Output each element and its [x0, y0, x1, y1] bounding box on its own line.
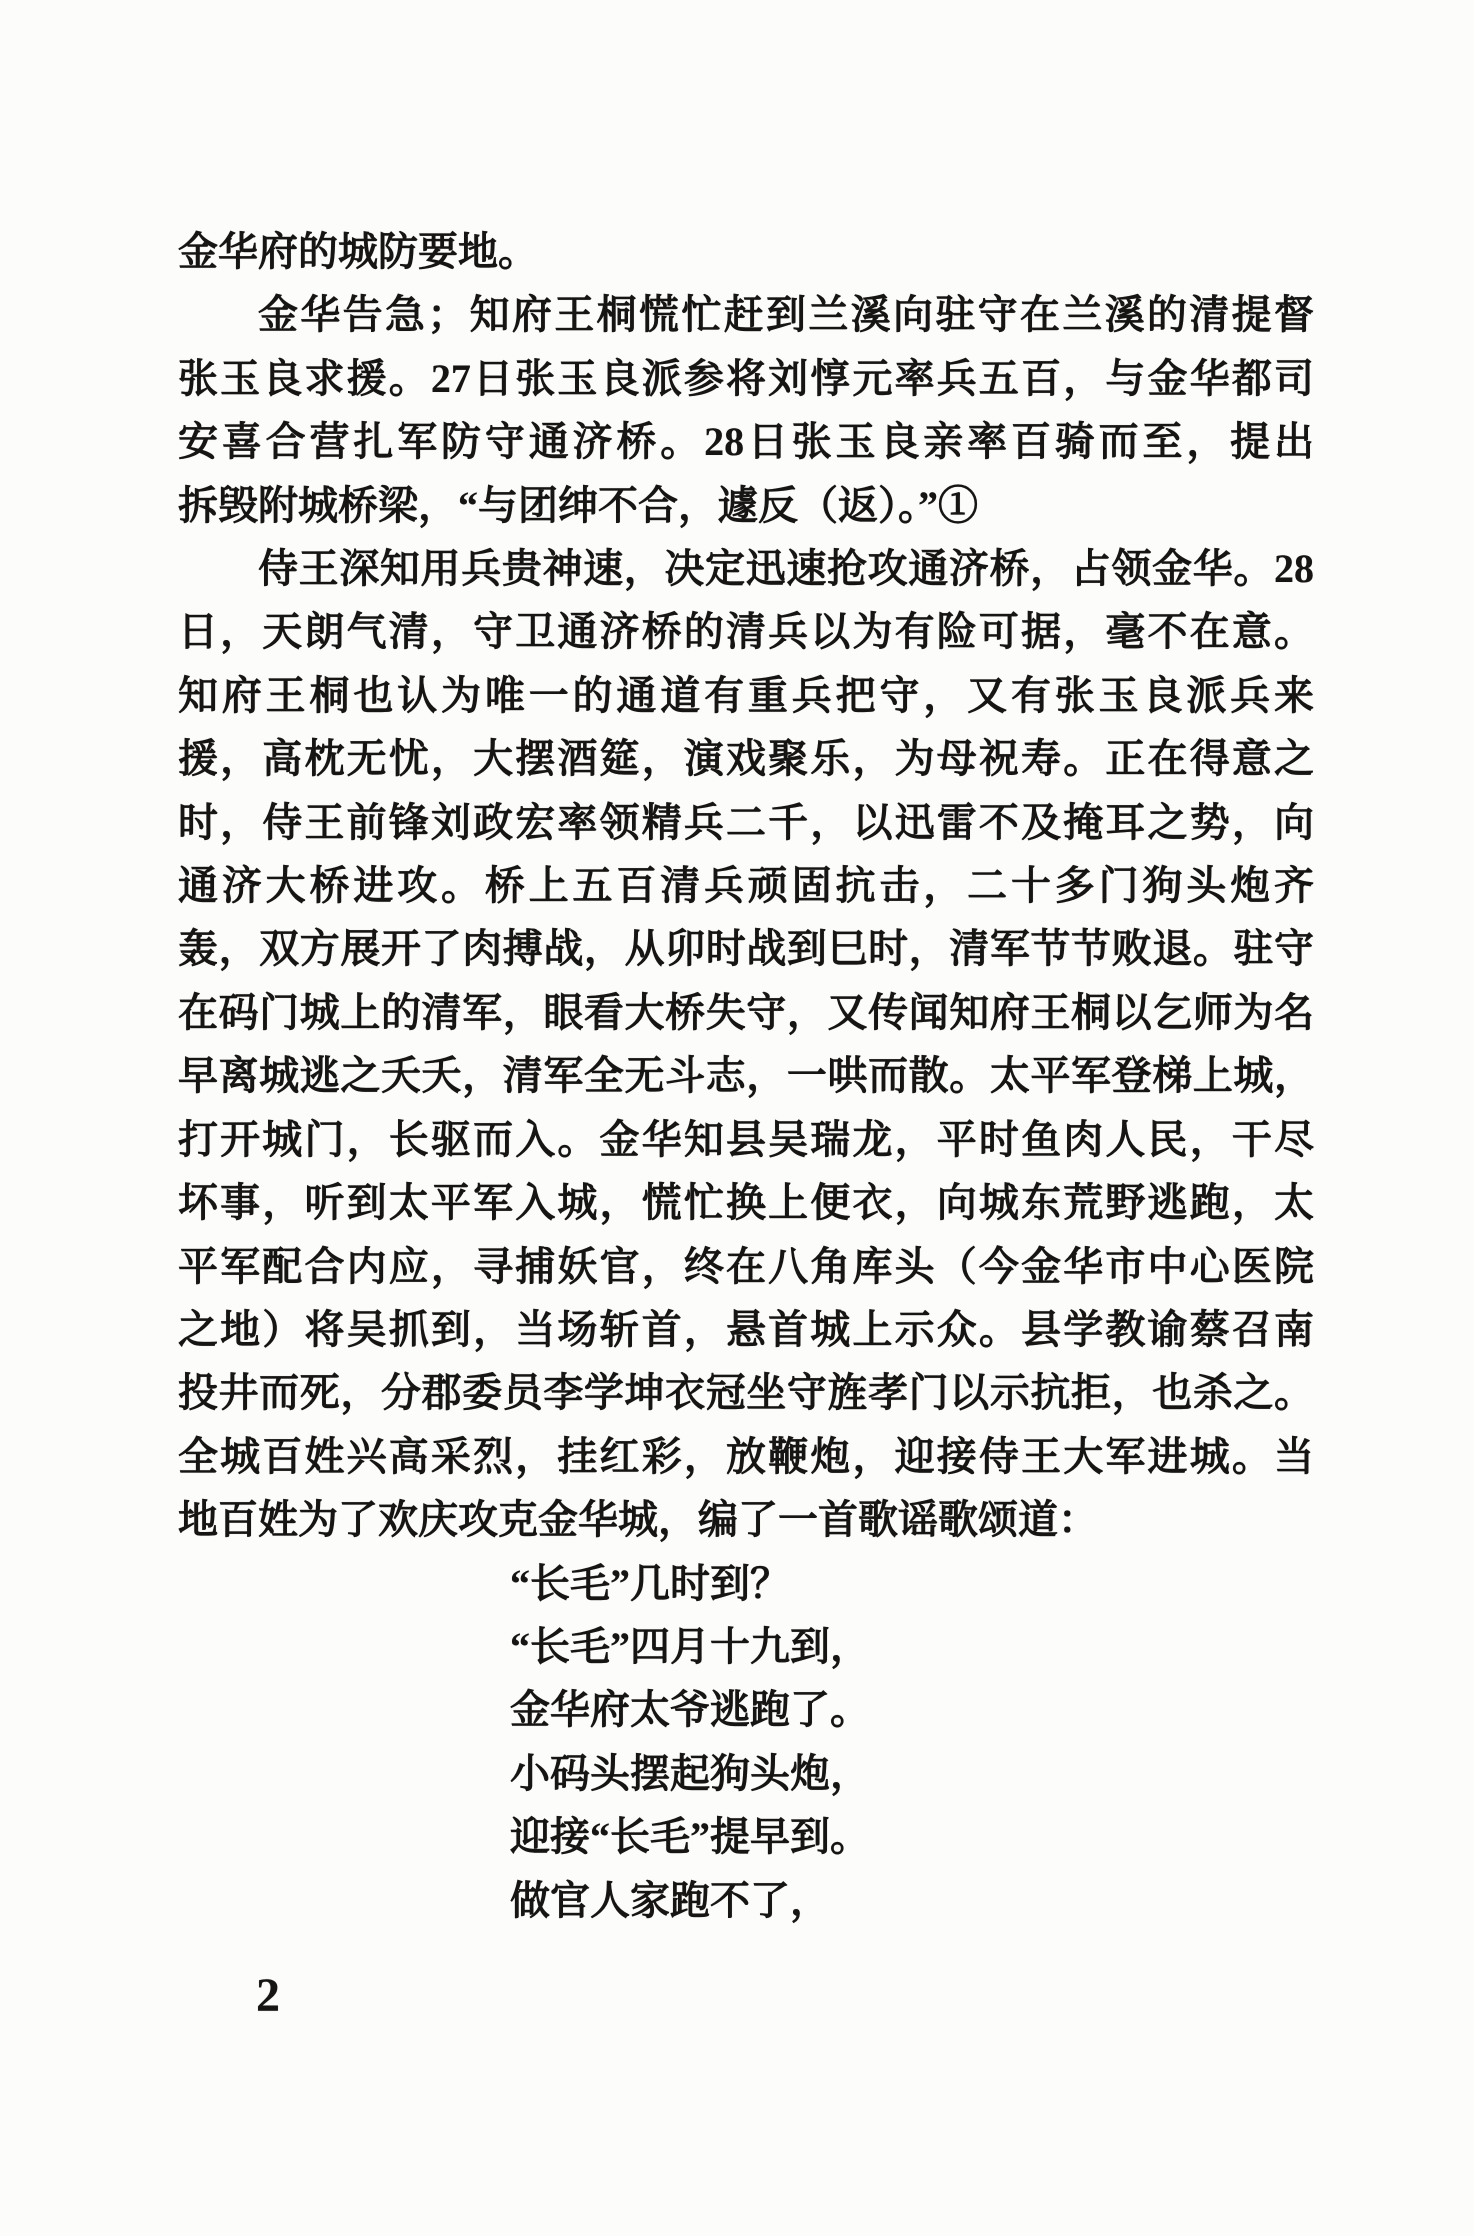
poem-line: “长毛”四月十九到， — [178, 1615, 1314, 1678]
poem-line: 小码头摆起狗头炮， — [178, 1742, 1314, 1805]
text-line: 在码门城上的清军，眼看大桥失守，又传闻知府王桐以乞师为名 — [178, 981, 1314, 1044]
text-line: 早离城逃之夭夭，清军全无斗志，一哄而散。太平军登梯上城， — [178, 1044, 1314, 1107]
text-line: 日，天朗气清，守卫通济桥的清兵以为有险可据，毫不在意。 — [178, 600, 1314, 663]
text-line: 侍王深知用兵贵神速，决定迅速抢攻通济桥，占领金华。28 — [178, 537, 1314, 600]
text-line: 全城百姓兴高采烈，挂红彩，放鞭炮，迎接侍王大军进城。当 — [178, 1425, 1314, 1488]
text-line: 轰，双方展开了肉搏战，从卯时战到巳时，清军节节败退。驻守 — [178, 917, 1314, 980]
text-line: 坏事，听到太平军入城，慌忙换上便衣，向城东荒野逃跑，太 — [178, 1171, 1314, 1234]
poem-line: 迎接“长毛”提早到。 — [178, 1805, 1314, 1868]
text-line: 地百姓为了欢庆攻克金华城，编了一首歌谣歌颂道： — [178, 1488, 1314, 1551]
folk-song: “长毛”几时到？ “长毛”四月十九到， 金华府太爷逃跑了。 小码头摆起狗头炮， … — [178, 1552, 1314, 1932]
scanned-book-page: 金华府的城防要地。 金华告急；知府王桐慌忙赶到兰溪向驻守在兰溪的清提督 张玉良求… — [0, 0, 1474, 2236]
text-line: 投井而死，分郡委员李学坤衣冠坐守旌孝门以示抗拒，也杀之。 — [178, 1361, 1314, 1424]
text-line: 金华告急；知府王桐慌忙赶到兰溪向驻守在兰溪的清提督 — [178, 283, 1314, 346]
poem-line: 做官人家跑不了， — [178, 1869, 1314, 1932]
text-line: 金华府的城防要地。 — [178, 220, 1314, 283]
text-line: 通济大桥进攻。桥上五百清兵顽固抗击，二十多门狗头炮齐 — [178, 854, 1314, 917]
body-text: 金华府的城防要地。 金华告急；知府王桐慌忙赶到兰溪向驻守在兰溪的清提督 张玉良求… — [178, 220, 1314, 1932]
text-line: 援，高枕无忧，大摆酒筵，演戏聚乐，为母祝寿。正在得意之 — [178, 727, 1314, 790]
poem-line: 金华府太爷逃跑了。 — [178, 1678, 1314, 1741]
poem-line: “长毛”几时到？ — [178, 1552, 1314, 1615]
text-line: 之地）将吴抓到，当场斩首，悬首城上示众。县学教谕蔡召南 — [178, 1298, 1314, 1361]
text-line: 安喜合营扎军防守通济桥。28日张玉良亲率百骑而至，提出 — [178, 410, 1314, 473]
text-line-with-footnote-marker: 拆毁附城桥梁，“与团绅不合，遽反（返）。”① — [178, 474, 1314, 537]
text-line: 打开城门，长驱而入。金华知县吴瑞龙，平时鱼肉人民，干尽 — [178, 1108, 1314, 1171]
page-number: 2 — [256, 1972, 280, 2020]
text-line: 张玉良求援。27日张玉良派参将刘惇元率兵五百，与金华都司 — [178, 347, 1314, 410]
text-line: 知府王桐也认为唯一的通道有重兵把守，又有张玉良派兵来 — [178, 664, 1314, 727]
text-line: 时，侍王前锋刘政宏率领精兵二千，以迅雷不及掩耳之势，向 — [178, 791, 1314, 854]
text-line: 平军配合内应，寻捕妖官，终在八角库头（今金华市中心医院 — [178, 1235, 1314, 1298]
